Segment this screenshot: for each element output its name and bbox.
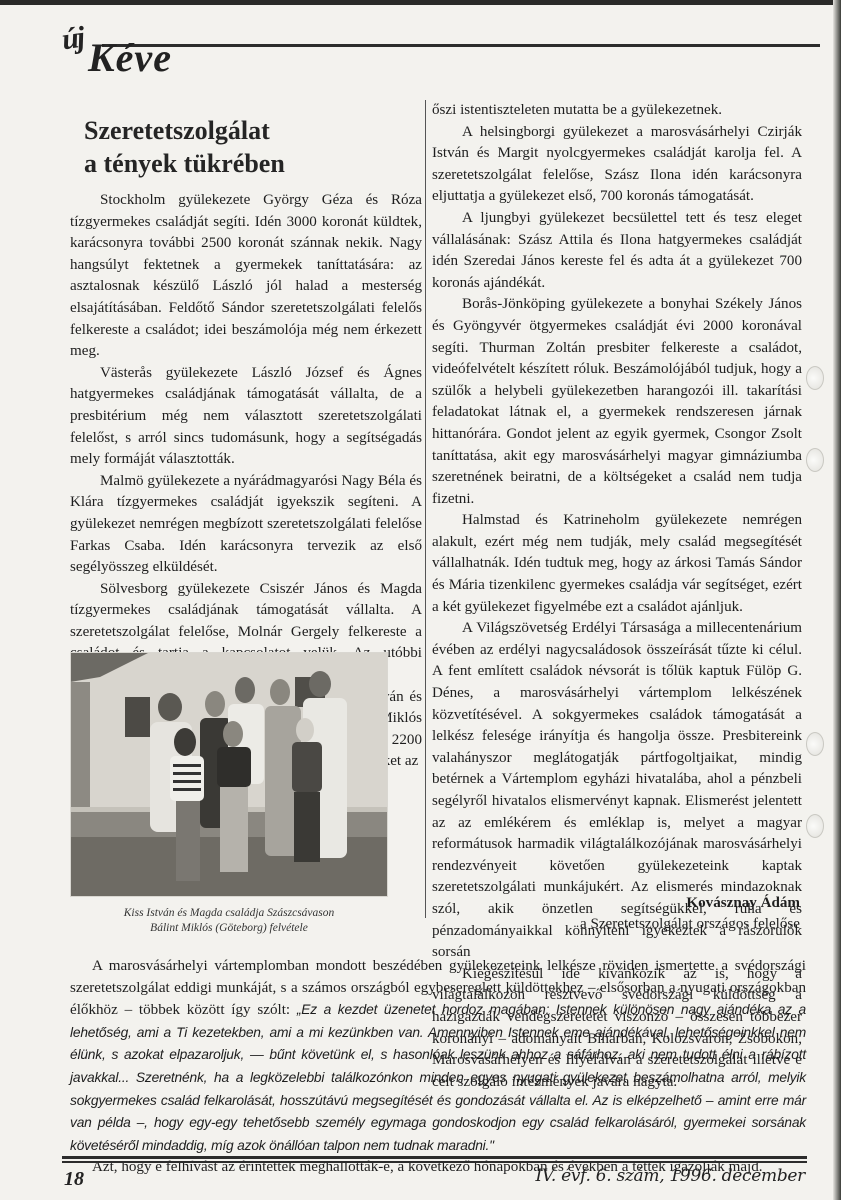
author-role: a Szeretetszolgálat országos felelőse <box>580 914 800 935</box>
family-photo-image <box>70 652 388 897</box>
scan-top-edge <box>0 0 841 5</box>
photo-caption-line2: Bálint Miklós (Göteborg) felvétele <box>70 921 388 936</box>
photo-caption: Kiss István és Magda családja Szászcsáva… <box>70 906 388 936</box>
photo-caption-line1: Kiss István és Magda családja Szászcsáva… <box>70 906 388 921</box>
masthead-rule <box>102 44 820 47</box>
masthead: új Kéve <box>62 22 822 82</box>
paragraph-stockholm: Stockholm gyülekezete György Géza és Róz… <box>70 190 422 363</box>
punch-hole-icon <box>806 448 824 472</box>
article-title: Szeretetszolgálat a tények tükrében <box>84 114 414 180</box>
column-divider <box>425 100 426 918</box>
masthead-title: Kéve <box>88 34 172 81</box>
paragraph-malmo: Malmö gyülekezete a nyárádmagyarósi Nagy… <box>70 471 422 579</box>
family-photo <box>70 652 388 897</box>
paragraph-vasteras: Västerås gyülekezete László József és Ág… <box>70 363 422 471</box>
page-number: 18 <box>64 1168 84 1191</box>
punch-hole-icon <box>806 732 824 756</box>
magazine-page: új Kéve Szeretetszolgálat a tények tükré… <box>0 0 841 1200</box>
speech-quote: „Ez a kezdet üzenetet hordoz magában: Is… <box>70 1002 806 1153</box>
author-signature: Kovásznay Ádám a Szeretetszolgálat orszá… <box>580 893 800 935</box>
footer-rule-top <box>62 1156 807 1159</box>
paragraph-boras-jonkoping: Borås-Jönköping gyülekezete a bonyhai Sz… <box>432 294 802 510</box>
article-title-line2: a tények tükrében <box>84 147 414 180</box>
right-column: őszi istentiszteleten mutatta be a gyüle… <box>432 100 802 1093</box>
punch-hole-icon <box>806 814 824 838</box>
punch-hole-icon <box>806 366 824 390</box>
bottom-section: A marosvásárhelyi vártemplomban mondott … <box>70 956 806 1179</box>
article-title-line1: Szeretetszolgálat <box>84 114 414 147</box>
paragraph-halmstad-katrineholm: Halmstad és Katrineholm gyülekezete nemr… <box>432 510 802 618</box>
paragraph-continuation: őszi istentiszteleten mutatta be a gyüle… <box>432 100 802 122</box>
paragraph-helsingborg: A helsingborgi gyülekezet a marosvásárhe… <box>432 122 802 208</box>
paragraph-ljungby: A ljungbyi gyülekezet becsülettel tett é… <box>432 208 802 294</box>
footer-rule-bottom <box>62 1161 807 1163</box>
issue-info: IV. évf. 6. szám, 1996. december <box>535 1166 805 1186</box>
masthead-uj: új <box>60 21 86 58</box>
author-name: Kovásznay Ádám <box>580 893 800 914</box>
speech-paragraph: A marosvásárhelyi vártemplomban mondott … <box>70 956 806 1157</box>
scan-right-edge <box>833 0 841 1200</box>
